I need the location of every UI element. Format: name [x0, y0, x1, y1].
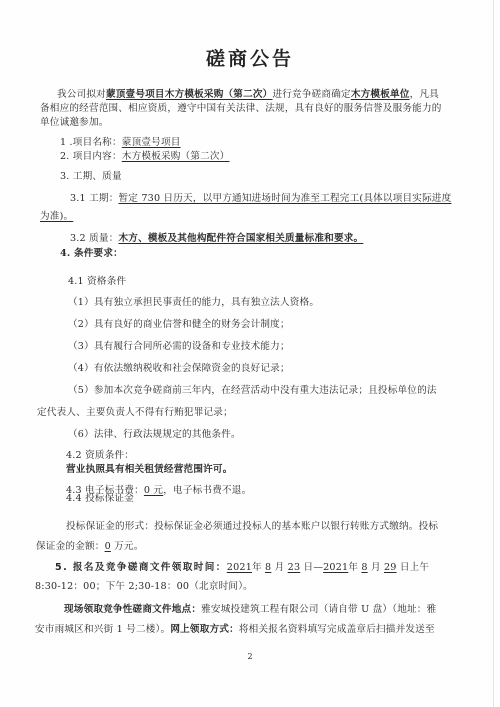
intro-line-3: 单位诚邀参加。 [40, 116, 109, 129]
scan-edge-divider [493, 0, 494, 707]
intro-line-1: 我公司拟对蒙顶壹号项目木方模板采购（第二次）进行竞争磋商确定木方模板单位，凡具 [57, 88, 439, 101]
quality-value: 木方、模板及其他构配件符合国家相关质量标准和要求。 [119, 233, 364, 244]
bid-bond-amount-line: 保证金的金额：0 万元。 [36, 540, 144, 553]
pickup-location-line1: 现场领取竞争性磋商文件地点：雅安城投建筑工程有限公司（请自带 U 盘）（地址：雅 [64, 603, 436, 616]
pickup-location-line2: 安市雨城区和兴街 1 号二楼）。网上领取方式：将相关报名资料填写完成盖章后扫描并… [35, 623, 435, 636]
item-project-content: 2. 项目内容：木方模板采购（第二次） [60, 150, 230, 163]
condition-item-continued: 定代表人、主要负责人不得有行贿犯罪记录； [37, 406, 233, 419]
condition-item: （1）具有独立承担民事责任的能力，具有独立法人资格。 [68, 296, 319, 309]
bid-fee-amount: 0 元 [144, 485, 163, 496]
item-schedule: 3.1 工期：暂定 730 日历天，以甲方通知进场时间为准至工程完工(具体以项目… [70, 192, 451, 205]
condition-item: （6）法律、行政法规规定的其他条件。 [68, 428, 241, 441]
project-name-underlined: 蒙顶壹号项目木方模板采购（第二次） [106, 89, 273, 100]
item-schedule-quality: 3. 工期、质量 [60, 170, 122, 183]
end-month: 8 [361, 562, 367, 573]
start-month: 8 [265, 562, 271, 573]
project-content-value: 木方模板采购（第二次） [122, 151, 230, 162]
start-day: 23 [288, 562, 301, 573]
start-year: 2021 [227, 562, 252, 573]
item-requirements: 4. 条件要求： [60, 247, 123, 260]
page-title: 磋商公告 [0, 44, 500, 71]
end-year: 2021 [323, 562, 348, 573]
bid-bond-form: 投标保证金的形式：投标保证金必须通过投标人的基本账户以银行转账方式缴纳。投标 [66, 520, 438, 533]
bid-bond-heading: 4.4 投标保证金 [66, 492, 134, 505]
document-page: 磋商公告 我公司拟对蒙顶壹号项目木方模板采购（第二次）进行竞争磋商确定木方模板单… [0, 0, 500, 707]
registration-time-line2: 8:30-12：00；下午 2;30-18：00（北京时间）。 [35, 580, 253, 593]
item-quality: 3.2 质量：木方、模板及其他构配件符合国家相关质量标准和要求。 [70, 232, 363, 245]
condition-item: （3）具有履行合同所必需的设备和专业技术能力； [68, 340, 290, 353]
qualification-heading: 4.1 资格条件 [68, 275, 126, 288]
page-number: 2 [0, 652, 500, 661]
condition-item: （4）有依法缴纳税收和社会保障资金的良好记录； [68, 362, 290, 375]
intro-line-2: 备相应的经营范围、相应资质，遵守中国有关法律、法规，具有良好的服务信誉及服务能力… [40, 102, 442, 115]
unit-underlined: 木方模板单位 [351, 89, 410, 100]
certification-heading: 4.2 资质条件： [66, 449, 134, 462]
project-name-value: 蒙顶壹号项目 [122, 137, 181, 148]
schedule-value-line2: 为准)。 [40, 210, 73, 223]
certification-value: 营业执照具有相关租赁经营范围许可。 [66, 463, 233, 476]
condition-item: （2）具有良好的商业信誉和健全的财务会计制度； [68, 318, 290, 331]
schedule-value-line1: 暂定 730 日历天，以甲方通知进场时间为准至工程完工(具体以项目实际进度 [119, 193, 452, 204]
item-project-name: 1 .项目名称：蒙顶壹号项目 [60, 136, 181, 149]
registration-time: 5. 报名及竞争磋商文件领取时间：2021年 8 月 23 日—2021年 8 … [55, 561, 429, 574]
condition-item: （5）参加本次竞争磋商前三年内，在经营活动中没有重大违法记录；且投标单位的法 [68, 384, 437, 397]
end-day: 29 [384, 562, 397, 573]
